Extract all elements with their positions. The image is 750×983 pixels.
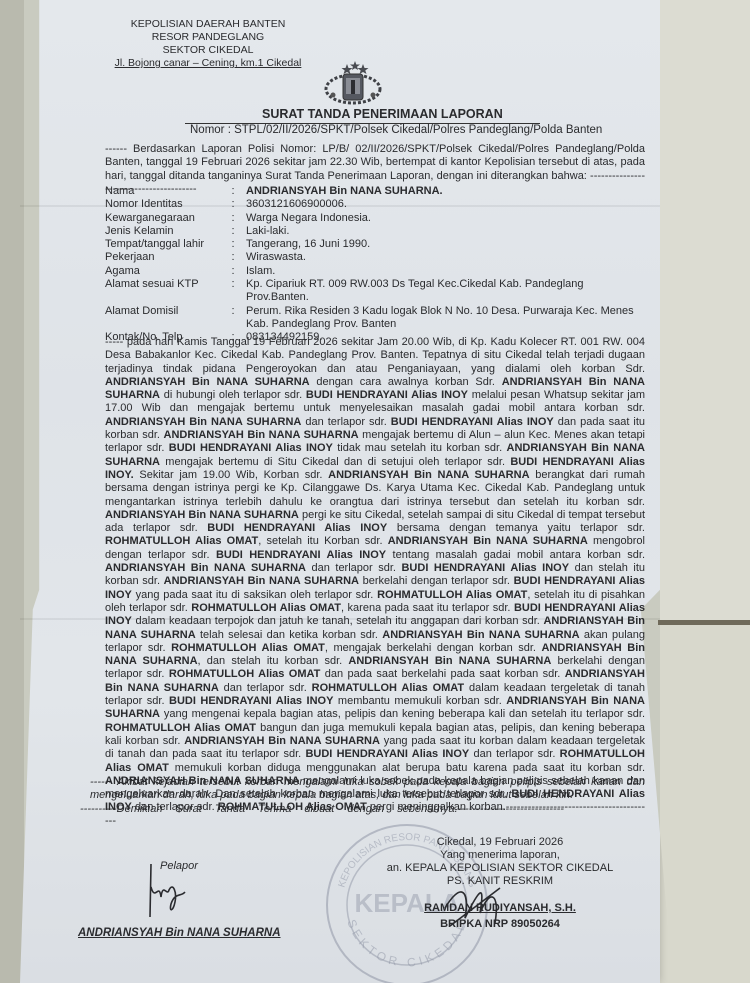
field-row: Nama:ANDRIANSYAH Bin NANA SUHARNA.	[105, 185, 645, 198]
party-name: ROHMATULLOH Alias OMAT	[312, 682, 465, 694]
field-value: ANDRIANSYAH Bin NANA SUHARNA.	[246, 185, 645, 198]
field-separator: :	[220, 265, 246, 278]
field-separator: :	[220, 212, 246, 225]
field-row: Pekerjaan:Wiraswasta.	[105, 251, 645, 264]
letterhead-line: RESOR PANDEGLANG	[108, 31, 308, 44]
officer-block: RAMDAN RUDIYANSAH, S.H. BRIPKA NRP 89050…	[360, 900, 640, 932]
party-name: ANDRIANSYAH Bin NANA SUHARNA	[105, 376, 310, 388]
closing-statement: ----------Demikian Surat Tanda Terima di…	[80, 803, 640, 816]
letterhead-address: Jl. Bojong canar – Cening, km.1 Cikedal	[108, 57, 308, 70]
letterhead-line: KEPOLISIAN DAERAH BANTEN	[108, 18, 308, 31]
party-name: ANDRIANSYAH Bin NANA SUHARNA	[382, 629, 579, 641]
letterhead: KEPOLISIAN DAERAH BANTEN RESOR PANDEGLAN…	[108, 18, 308, 70]
document: KEPOLISIAN DAERAH BANTEN RESOR PANDEGLAN…	[0, 0, 750, 983]
party-name: ROHMATULLOH Alias OMAT	[191, 602, 341, 614]
consequence-paragraph: ------ Akibat kejadian tersebut korban m…	[90, 776, 645, 803]
field-row: Kewarganegaraan:Warga Negara Indonesia.	[105, 212, 645, 225]
field-row: Nomor Identitas:3603121606900006.	[105, 198, 645, 211]
party-name: ANDRIANSYAH Bin NANA SUHARNA	[388, 535, 588, 547]
party-name: ANDRIANSYAH Bin NANA SUHARNA	[105, 509, 299, 521]
party-name: ANDRIANSYAH Bin NANA SUHARNA	[164, 429, 359, 441]
field-row: Alamat sesuai KTP:Kp. Cipariuk RT. 009 R…	[105, 278, 645, 305]
field-value: Laki-laki.	[246, 225, 645, 238]
party-name: BUDI HENDRAYANI Alias INOY	[401, 562, 569, 574]
field-label: Alamat sesuai KTP	[105, 278, 220, 305]
on-behalf-label: an. KEPALA KEPOLISIAN SEKTOR CIKEDAL	[360, 862, 640, 875]
party-name: ROHMATULLOH Alias OMAT	[105, 535, 258, 547]
field-value: Wiraswasta.	[246, 251, 645, 264]
party-name: BUDI HENDRAYANI Alias INOY	[216, 549, 386, 561]
party-name: ROHMATULLOH Alias OMAT	[377, 589, 527, 601]
party-name: ROHMATULLOH Alias OMAT	[171, 642, 325, 654]
party-name: ANDRIANSYAH Bin NANA SUHARNA	[184, 735, 380, 747]
reporter-details: Nama:ANDRIANSYAH Bin NANA SUHARNA.Nomor …	[105, 185, 645, 345]
party-name: BUDI HENDRAYANI Alias INOY	[305, 748, 469, 760]
field-value: Islam.	[246, 265, 645, 278]
party-name: BUDI HENDRAYANI Alias INOY	[169, 695, 333, 707]
field-separator: :	[220, 278, 246, 305]
field-label: Jenis Kelamin	[105, 225, 220, 238]
field-label: Agama	[105, 265, 220, 278]
party-name: ANDRIANSYAH Bin NANA SUHARNA	[328, 469, 529, 481]
field-separator: :	[220, 251, 246, 264]
field-label: Nomor Identitas	[105, 198, 220, 211]
party-name: ANDRIANSYAH Bin NANA SUHARNA	[164, 575, 359, 587]
field-row: Agama:Islam.	[105, 265, 645, 278]
field-value: 3603121606900006.	[246, 198, 645, 211]
officer-name: RAMDAN RUDIYANSAH, S.H.	[360, 900, 640, 916]
document-title: SURAT TANDA PENERIMAAN LAPORAN	[262, 108, 503, 121]
reporter-name: ANDRIANSYAH Bin NANA SUHARNA	[78, 927, 281, 940]
party-name: BUDI HENDRAYANI Alias INOY	[306, 389, 468, 401]
field-separator: :	[220, 305, 246, 332]
field-separator: :	[220, 198, 246, 211]
field-value: Perum. Rika Residen 3 Kadu logak Blok N …	[246, 305, 645, 332]
place-date: Cikedal, 19 Februari 2026	[360, 836, 640, 849]
field-separator: :	[220, 185, 246, 198]
field-label: Tempat/tanggal lahir	[105, 238, 220, 251]
field-value: Tangerang, 16 Juni 1990.	[246, 238, 645, 251]
field-separator: :	[220, 225, 246, 238]
party-name: BUDI HENDRAYANI Alias INOY	[207, 522, 387, 534]
party-name: ROHMATULLOH Alias OMAT	[169, 668, 321, 680]
letterhead-line: SEKTOR CIKEDAL	[108, 44, 308, 57]
field-label: Pekerjaan	[105, 251, 220, 264]
field-label: Nama	[105, 185, 220, 198]
party-name: ROHMATULLOH Alias OMAT	[105, 722, 256, 734]
party-name: ANDRIANSYAH Bin NANA SUHARNA	[105, 562, 306, 574]
party-name: BUDI HENDRAYANI Alias INOY	[391, 416, 554, 428]
field-value: Warga Negara Indonesia.	[246, 212, 645, 225]
party-name: ANDRIANSYAH Bin NANA SUHARNA	[348, 655, 551, 667]
party-name: ANDRIANSYAH Bin NANA SUHARNA	[105, 416, 301, 428]
field-separator: :	[220, 238, 246, 251]
party-name: BUDI HENDRAYANI Alias INOY	[169, 442, 333, 454]
field-row: Tempat/tanggal lahir:Tangerang, 16 Juni …	[105, 238, 645, 251]
field-value: Kp. Cipariuk RT. 009 RW.003 Ds Tegal Kec…	[246, 278, 645, 305]
narrative-paragraph: ----- pada hari Kamis Tanggal 19 Februar…	[105, 336, 645, 828]
reporter-signature-icon	[145, 862, 195, 922]
document-number: Nomor : STPL/02/II/2026/SPKT/Polsek Cike…	[190, 124, 602, 137]
receiver-label: Yang menerima laporan,	[360, 849, 640, 862]
police-emblem-icon	[322, 60, 384, 105]
field-label: Kewarganegaraan	[105, 212, 220, 225]
field-label: Alamat Domisil	[105, 305, 220, 332]
officer-rank-nrp: BRIPKA NRP 89050264	[360, 916, 640, 932]
field-row: Jenis Kelamin:Laki-laki.	[105, 225, 645, 238]
field-row: Alamat Domisil:Perum. Rika Residen 3 Kad…	[105, 305, 645, 332]
